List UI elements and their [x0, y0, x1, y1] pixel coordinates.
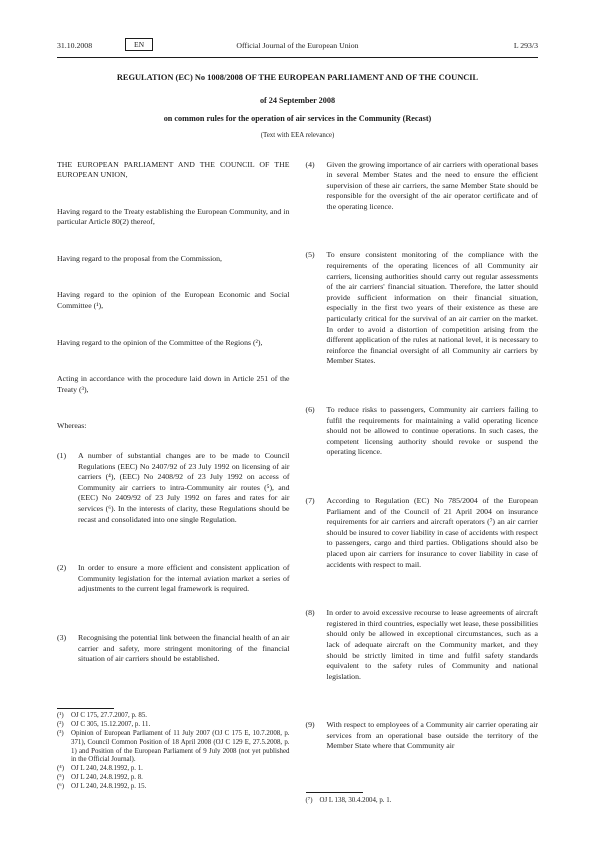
footnote-number: (⁶)	[57, 783, 71, 792]
recital-2: (2) In order to ensure a more efficient …	[57, 563, 290, 595]
preamble-paragraph: THE EUROPEAN PARLIAMENT AND THE COUNCIL …	[57, 160, 290, 181]
footnote-number: (⁷)	[306, 797, 320, 806]
recital-3: (3) Recognising the potential link betwe…	[57, 633, 290, 665]
recital-9: (9) With respect to employees of a Commu…	[306, 720, 539, 752]
columns-container: THE EUROPEAN PARLIAMENT AND THE COUNCIL …	[57, 160, 538, 792]
page-reference: L 293/3	[514, 41, 538, 50]
footnote-item: (³) Opinion of European Parliament of 11…	[57, 730, 290, 765]
footnote-item: (¹) OJ C 175, 27.7.2007, p. 85.	[57, 712, 290, 721]
recital-text: A number of substantial changes are to b…	[78, 451, 290, 525]
recital-4: (4) Given the growing importance of air …	[306, 160, 539, 213]
recital-6: (6) To reduce risks to passengers, Commu…	[306, 405, 539, 458]
recital-text: In order to ensure a more efficient and …	[78, 563, 290, 595]
recital-number: (2)	[57, 563, 78, 595]
title-block: REGULATION (EC) No 1008/2008 OF THE EURO…	[57, 73, 538, 139]
footnote-text: OJ L 240, 24.8.1992, p. 1.	[71, 765, 290, 774]
footnote-number: (⁵)	[57, 774, 71, 783]
footnote-number: (³)	[57, 730, 71, 765]
recital-text: Given the growing importance of air carr…	[327, 160, 539, 213]
recital-number: (7)	[306, 496, 327, 570]
page-content: 31.10.2008 EN Official Journal of the Eu…	[57, 40, 538, 792]
footnotes-left: (¹) OJ C 175, 27.7.2007, p. 85. (²) OJ C…	[57, 706, 290, 792]
footnote-item: (²) OJ C 305, 15.12.2007, p. 11.	[57, 721, 290, 730]
recital-8: (8) In order to avoid excessive recourse…	[306, 608, 539, 682]
footnote-text: OJ L 138, 30.4.2004, p. 1.	[320, 797, 539, 806]
recital-number: (1)	[57, 451, 78, 525]
recital-7: (7) According to Regulation (EC) No 785/…	[306, 496, 539, 570]
regulation-title: REGULATION (EC) No 1008/2008 OF THE EURO…	[57, 73, 538, 83]
recital-text: In order to avoid excessive recourse to …	[327, 608, 539, 682]
footnote-item: (⁶) OJ L 240, 24.8.1992, p. 15.	[57, 783, 290, 792]
page-header: 31.10.2008 EN Official Journal of the Eu…	[57, 40, 538, 53]
footnote-item: (⁴) OJ L 240, 24.8.1992, p. 1.	[57, 765, 290, 774]
footnote-text: OJ C 175, 27.7.2007, p. 85.	[71, 712, 290, 721]
whereas-label: Whereas:	[57, 421, 290, 432]
footnotes-right: (⁷) OJ L 138, 30.4.2004, p. 1.	[306, 790, 539, 805]
recital-1: (1) A number of substantial changes are …	[57, 451, 290, 525]
recital-number: (3)	[57, 633, 78, 665]
footnote-text: Opinion of European Parliament of 11 Jul…	[71, 730, 290, 765]
recital-5: (5) To ensure consistent monitoring of t…	[306, 250, 539, 367]
document-page: 31.10.2008 EN Official Journal of the Eu…	[0, 0, 595, 842]
preamble-paragraph: Having regard to the proposal from the C…	[57, 254, 290, 265]
footnote-number: (¹)	[57, 712, 71, 721]
recital-number: (6)	[306, 405, 327, 458]
recital-number: (5)	[306, 250, 327, 367]
recital-text: With respect to employees of a Community…	[327, 720, 539, 752]
recital-text: According to Regulation (EC) No 785/2004…	[327, 496, 539, 570]
footnote-item: (⁷) OJ L 138, 30.4.2004, p. 1.	[306, 797, 539, 806]
eea-relevance-note: (Text with EEA relevance)	[57, 132, 538, 139]
footnote-number: (²)	[57, 721, 71, 730]
footnote-text: OJ L 240, 24.8.1992, p. 15.	[71, 783, 290, 792]
journal-name: Official Journal of the European Union	[57, 41, 538, 50]
recital-text: Recognising the potential link between t…	[78, 633, 290, 665]
recital-number: (8)	[306, 608, 327, 682]
recital-text: To reduce risks to passengers, Community…	[327, 405, 539, 458]
recital-number: (9)	[306, 720, 327, 752]
header-divider	[57, 57, 538, 58]
preamble-paragraph: Having regard to the opinion of the Euro…	[57, 290, 290, 311]
footnotes-separator	[57, 708, 114, 709]
footnote-text: OJ C 305, 15.12.2007, p. 11.	[71, 721, 290, 730]
regulation-subject: on common rules for the operation of air…	[57, 114, 538, 123]
recital-number: (4)	[306, 160, 327, 213]
footnote-number: (⁴)	[57, 765, 71, 774]
preamble-paragraph: Having regard to the opinion of the Comm…	[57, 338, 290, 349]
regulation-date: of 24 September 2008	[57, 96, 538, 105]
recital-text: To ensure consistent monitoring of the c…	[327, 250, 539, 367]
preamble-paragraph: Having regard to the Treaty establishing…	[57, 207, 290, 228]
footnotes-separator	[306, 792, 363, 793]
preamble-paragraph: Acting in accordance with the procedure …	[57, 374, 290, 395]
left-column: THE EUROPEAN PARLIAMENT AND THE COUNCIL …	[57, 160, 290, 792]
footnote-text: OJ L 240, 24.8.1992, p. 8.	[71, 774, 290, 783]
right-column: (4) Given the growing importance of air …	[306, 160, 539, 792]
footnote-item: (⁵) OJ L 240, 24.8.1992, p. 8.	[57, 774, 290, 783]
